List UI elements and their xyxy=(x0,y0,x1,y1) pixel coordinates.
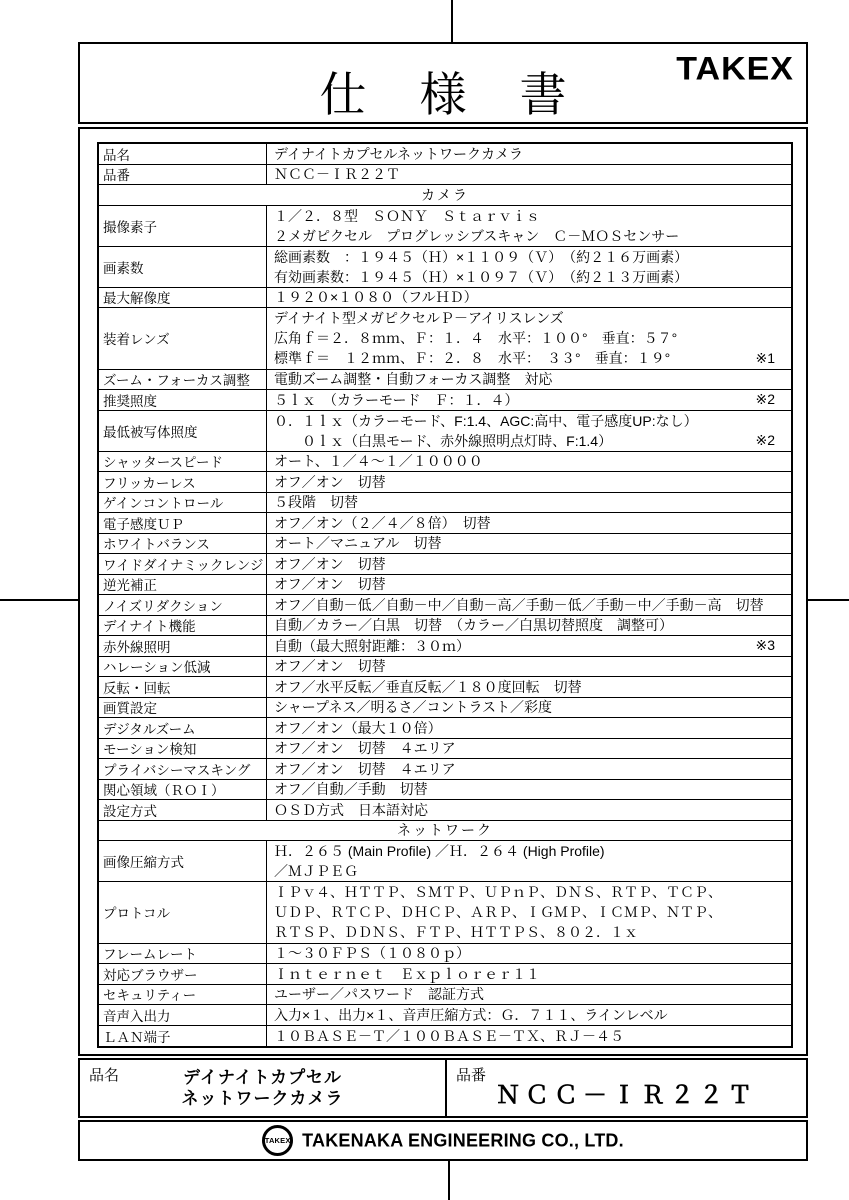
spec-value-text: デイナイト型メガピクセルＰ－アイリスレンズ xyxy=(274,308,564,328)
spec-value-text: 自動／カラー／白黒 切替 （カラー／白黒切替照度 調整可） xyxy=(274,616,673,636)
spec-value: ５段階 切替 xyxy=(267,493,791,513)
company-name: TAKENAKA ENGINEERING CO., LTD. xyxy=(302,1129,624,1151)
spec-value: オフ／オン 切替 xyxy=(267,657,791,677)
spec-row: デイナイト機能自動／カラー／白黒 切替 （カラー／白黒切替照度 調整可） xyxy=(99,616,791,637)
spec-label: セキュリティー xyxy=(99,985,267,1005)
spec-value-line: 総画素数 ：１９４５（Ｈ）×１１０９（Ｖ） （約２１６万画素） xyxy=(267,247,791,267)
spec-row: デジタルズームオフ／オン（最大１０倍） xyxy=(99,718,791,739)
spec-label: 逆光補正 xyxy=(99,575,267,595)
spec-value-line: オフ／自動－低／自動－中／自動－高／手動－低／手動－中／手動－高 切替 xyxy=(267,595,791,615)
spec-label: 音声入出力 xyxy=(99,1005,267,1025)
spec-value-line: 入力×１、出力×１、音声圧縮方式：Ｇ．７１１、ラインレベル xyxy=(267,1005,791,1025)
spec-row: ゲインコントロール５段階 切替 xyxy=(99,493,791,514)
spec-value: オフ／オン 切替 ４エリア xyxy=(267,759,791,779)
title-block: 仕 様 書 TAKEX xyxy=(78,42,808,124)
spec-value-text: ＵＤＰ、ＲＴＣＰ、ＤＨＣＰ、ＡＲＰ、ＩＧＭＰ、ＩＣＭＰ、ＮＴＰ、 xyxy=(274,902,722,922)
spec-value: オート／マニュアル 切替 xyxy=(267,534,791,554)
footer-product-name-line2: ネットワークカメラ xyxy=(80,1088,445,1109)
spec-value-text: 入力×１、出力×１、音声圧縮方式：Ｇ．７１１、ラインレベル xyxy=(274,1005,668,1025)
spec-value-line: ０ｌｘ（白黒モード、赤外線照明点灯時、F:1.4）※2 xyxy=(267,431,791,451)
spec-value: 自動（最大照射距離：３０ｍ）※3 xyxy=(267,636,791,656)
spec-value-line: オフ／オン 切替 xyxy=(267,472,791,492)
spec-row: ハレーション低減オフ／オン 切替 xyxy=(99,657,791,678)
spec-label: 装着レンズ xyxy=(99,308,267,369)
spec-value-line: ＵＤＰ、ＲＴＣＰ、ＤＨＣＰ、ＡＲＰ、ＩＧＭＰ、ＩＣＭＰ、ＮＴＰ、 xyxy=(267,902,791,922)
spec-value-line: ０．１ｌｘ（カラーモード、F:1.4、AGC:高中、電子感度UP:なし） xyxy=(267,411,791,431)
spec-value-text: １９２０×１０８０（フルＨＤ） xyxy=(274,288,478,308)
spec-row: 関心領域（ＲＯＩ）オフ／自動／手動 切替 xyxy=(99,780,791,801)
crop-mark-left xyxy=(0,599,78,601)
spec-value: Ｈ．２６５ (Main Profile) ／Ｈ．２６４ (High Profil… xyxy=(267,841,791,881)
spec-value: ＮＣＣ－ＩＲ２２Ｔ xyxy=(267,165,791,185)
spec-row: シャッタースピードオート、１／４～１／１００００ xyxy=(99,452,791,473)
spec-row: ズーム・フォーカス調整電動ズーム調整・自動フォーカス調整 対応 xyxy=(99,370,791,391)
spec-label: ズーム・フォーカス調整 xyxy=(99,370,267,390)
spec-value: オフ／オン 切替 ４エリア xyxy=(267,739,791,759)
spec-row: 設定方式ＯＳＤ方式 日本語対応 xyxy=(99,800,791,821)
spec-value-line: ＩＰｖ４、ＨＴＴＰ、ＳＭＴＰ、ＵＰｎＰ、ＤＮＳ、ＲＴＰ、ＴＣＰ、 xyxy=(267,882,791,902)
spec-row: ＬＡＮ端子１０ＢＡＳＥ－Ｔ／１００ＢＡＳＥ－ＴＸ、ＲＪ－４５ xyxy=(99,1026,791,1047)
spec-value-text: ＯＳＤ方式 日本語対応 xyxy=(274,800,428,820)
spec-label: 画像圧縮方式 xyxy=(99,841,267,881)
spec-value-text: ５ｌｘ （カラーモード Ｆ：１．４） xyxy=(274,390,518,410)
spec-value-line: 自動／カラー／白黒 切替 （カラー／白黒切替照度 調整可） xyxy=(267,616,791,636)
spec-label: モーション検知 xyxy=(99,739,267,759)
spec-label: シャッタースピード xyxy=(99,452,267,472)
spec-value-line: 自動（最大照射距離：３０ｍ）※3 xyxy=(267,636,791,656)
spec-label: 設定方式 xyxy=(99,800,267,820)
spec-value-text: オフ／水平反転／垂直反転／１８０度回転 切替 xyxy=(274,677,582,697)
spec-value-line: オフ／オン（２／４／８倍） 切替 xyxy=(267,513,791,533)
spec-row: フレームレート１～３０ＦＰＳ（１０８０ｐ） xyxy=(99,944,791,965)
spec-value-text: ５段階 切替 xyxy=(274,493,358,513)
spec-label: フレームレート xyxy=(99,944,267,964)
spec-row: 画質設定シャープネス／明るさ／コントラスト／彩度 xyxy=(99,698,791,719)
spec-sheet-body: 品名デイナイトカプセルネットワークカメラ品番ＮＣＣ－ＩＲ２２Ｔカメラ撮像素子１／… xyxy=(78,127,808,1056)
spec-label: 品名 xyxy=(99,144,267,164)
spec-label: ゲインコントロール xyxy=(99,493,267,513)
spec-value-line: ユーザー／パスワード 認証方式 xyxy=(267,985,791,1005)
spec-value-text: オフ／オン（２／４／８倍） 切替 xyxy=(274,513,491,533)
spec-value: オフ／自動－低／自動－中／自動－高／手動－低／手動－中／手動－高 切替 xyxy=(267,595,791,615)
company-band: TAKEX TAKENAKA ENGINEERING CO., LTD. xyxy=(78,1120,808,1161)
spec-value-text: オフ／オン 切替 xyxy=(274,657,386,677)
spec-value-text: デイナイトカプセルネットワークカメラ xyxy=(274,144,523,164)
spec-value-text: ユーザー／パスワード 認証方式 xyxy=(274,985,484,1005)
spec-value-text: オフ／自動／手動 切替 xyxy=(274,780,428,800)
spec-value-line: 広角ｆ＝２．８ｍｍ、Ｆ：１．４ 水平：１００° 垂直：５７° xyxy=(267,328,791,348)
spec-value-line: ５ｌｘ （カラーモード Ｆ：１．４）※2 xyxy=(267,390,791,410)
footer-product-name-cell: 品名 デイナイトカプセル ネットワークカメラ xyxy=(80,1060,447,1116)
spec-value-line: ５段階 切替 xyxy=(267,493,791,513)
footer-product-block: 品名 デイナイトカプセル ネットワークカメラ 品番 ＮＣＣ－ＩＲ２２Ｔ xyxy=(78,1058,808,1118)
spec-label: 撮像素子 xyxy=(99,206,267,246)
crop-mark-right xyxy=(808,599,849,601)
spec-label: ハレーション低減 xyxy=(99,657,267,677)
spec-footnote-mark: ※3 xyxy=(755,637,791,654)
spec-row: 撮像素子１／２．８型 ＳＯＮＹ Ｓｔａｒｖｉｓ２メガピクセル プログレッシブスキ… xyxy=(99,206,791,247)
spec-label: ワイドダイナミックレンジ xyxy=(99,554,267,574)
spec-value: １９２０×１０８０（フルＨＤ） xyxy=(267,288,791,308)
spec-value: Ｉｎｔｅｒｎｅｔ Ｅｘｐｌｏｒｅｒ１１ xyxy=(267,964,791,984)
spec-value-line: 標準ｆ＝ １２ｍｍ、Ｆ：２．８ 水平： ３３° 垂直：１９°※1 xyxy=(267,348,791,368)
spec-value-line: 電動ズーム調整・自動フォーカス調整 対応 xyxy=(267,370,791,390)
spec-value: １／２．８型 ＳＯＮＹ Ｓｔａｒｖｉｓ２メガピクセル プログレッシブスキャン Ｃ… xyxy=(267,206,791,246)
spec-section-header: ネットワーク xyxy=(99,821,791,842)
crop-mark-bottom xyxy=(448,1161,450,1200)
spec-row: セキュリティーユーザー／パスワード 認証方式 xyxy=(99,985,791,1006)
spec-value-text: Ｈ．２６５ (Main Profile) ／Ｈ．２６４ (High Profil… xyxy=(274,841,605,861)
spec-row: モーション検知オフ／オン 切替 ４エリア xyxy=(99,739,791,760)
spec-value-line: １９２０×１０８０（フルＨＤ） xyxy=(267,288,791,308)
spec-value-text: ＩＰｖ４、ＨＴＴＰ、ＳＭＴＰ、ＵＰｎＰ、ＤＮＳ、ＲＴＰ、ＴＣＰ、 xyxy=(274,882,722,902)
footer-product-number-cell: 品番 ＮＣＣ－ＩＲ２２Ｔ xyxy=(447,1060,806,1116)
spec-value-line: デイナイトカプセルネットワークカメラ xyxy=(267,144,791,164)
spec-value-text: １～３０ＦＰＳ（１０８０ｐ） xyxy=(274,944,470,964)
spec-row: プロトコルＩＰｖ４、ＨＴＴＰ、ＳＭＴＰ、ＵＰｎＰ、ＤＮＳ、ＲＴＰ、ＴＣＰ、ＵＤＰ… xyxy=(99,882,791,944)
spec-label: 対応ブラウザー xyxy=(99,964,267,984)
spec-value-text: オフ／オン 切替 xyxy=(274,472,386,492)
spec-row: 最大解像度１９２０×１０８０（フルＨＤ） xyxy=(99,288,791,309)
spec-value: ＯＳＤ方式 日本語対応 xyxy=(267,800,791,820)
footer-number-label: 品番 xyxy=(456,1064,486,1085)
spec-label: ＬＡＮ端子 xyxy=(99,1026,267,1047)
spec-footnote-mark: ※1 xyxy=(755,350,791,367)
spec-row: 逆光補正オフ／オン 切替 xyxy=(99,575,791,596)
spec-value: オフ／オン 切替 xyxy=(267,472,791,492)
spec-row: フリッカーレスオフ／オン 切替 xyxy=(99,472,791,493)
spec-value: オート、１／４～１／１００００ xyxy=(267,452,791,472)
spec-label: デジタルズーム xyxy=(99,718,267,738)
footer-product-number: ＮＣＣ－ＩＲ２２Ｔ xyxy=(447,1075,806,1110)
spec-row: ノイズリダクションオフ／自動－低／自動－中／自動－高／手動－低／手動－中／手動－… xyxy=(99,595,791,616)
spec-label: 関心領域（ＲＯＩ） xyxy=(99,780,267,800)
spec-value: オフ／オン 切替 xyxy=(267,575,791,595)
spec-value-text: ０．１ｌｘ（カラーモード、F:1.4、AGC:高中、電子感度UP:なし） xyxy=(274,411,698,431)
spec-value: 電動ズーム調整・自動フォーカス調整 対応 xyxy=(267,370,791,390)
spec-value-line: Ｉｎｔｅｒｎｅｔ Ｅｘｐｌｏｒｅｒ１１ xyxy=(267,964,791,984)
spec-value: 自動／カラー／白黒 切替 （カラー／白黒切替照度 調整可） xyxy=(267,616,791,636)
spec-value-text: オフ／オン 切替 ４エリア xyxy=(274,759,456,779)
spec-footnote-mark: ※2 xyxy=(755,432,791,449)
spec-value-text: ＮＣＣ－ＩＲ２２Ｔ xyxy=(274,165,400,185)
spec-label: 電子感度ＵＰ xyxy=(99,513,267,533)
spec-value-text: 自動（最大照射距離：３０ｍ） xyxy=(274,636,470,656)
spec-value-text: ＲＴＳＰ、ＤＤＮＳ、ＦＴＰ、ＨＴＴＰＳ、８０２．１ｘ xyxy=(274,922,638,942)
brand-logo: TAKEX xyxy=(676,51,794,88)
spec-label: プライバシーマスキング xyxy=(99,759,267,779)
spec-value: ０．１ｌｘ（カラーモード、F:1.4、AGC:高中、電子感度UP:なし） ０ｌｘ… xyxy=(267,411,791,451)
spec-value-text: 総画素数 ：１９４５（Ｈ）×１１０９（Ｖ） （約２１６万画素） xyxy=(274,247,688,267)
spec-row: 品名デイナイトカプセルネットワークカメラ xyxy=(99,144,791,165)
spec-value-text: Ｉｎｔｅｒｎｅｔ Ｅｘｐｌｏｒｅｒ１１ xyxy=(274,964,540,984)
spec-value-line: オフ／オン 切替 xyxy=(267,657,791,677)
spec-value-text: 広角ｆ＝２．８ｍｍ、Ｆ：１．４ 水平：１００° 垂直：５７° xyxy=(274,328,677,348)
spec-row: 最低被写体照度０．１ｌｘ（カラーモード、F:1.4、AGC:高中、電子感度UP:… xyxy=(99,411,791,452)
spec-value-line: オフ／オン 切替 xyxy=(267,575,791,595)
spec-value: ＩＰｖ４、ＨＴＴＰ、ＳＭＴＰ、ＵＰｎＰ、ＤＮＳ、ＲＴＰ、ＴＣＰ、ＵＤＰ、ＲＴＣＰ… xyxy=(267,882,791,943)
spec-value-line: ＲＴＳＰ、ＤＤＮＳ、ＦＴＰ、ＨＴＴＰＳ、８０２．１ｘ xyxy=(267,922,791,942)
spec-row: ホワイトバランスオート／マニュアル 切替 xyxy=(99,534,791,555)
spec-row: 装着レンズデイナイト型メガピクセルＰ－アイリスレンズ広角ｆ＝２．８ｍｍ、Ｆ：１．… xyxy=(99,308,791,370)
spec-value-line: Ｈ．２６５ (Main Profile) ／Ｈ．２６４ (High Profil… xyxy=(267,841,791,861)
spec-value-line: オフ／オン 切替 ４エリア xyxy=(267,759,791,779)
spec-value-line: シャープネス／明るさ／コントラスト／彩度 xyxy=(267,698,791,718)
crop-mark-top xyxy=(451,0,453,42)
spec-row: 対応ブラウザーＩｎｔｅｒｎｅｔ Ｅｘｐｌｏｒｅｒ１１ xyxy=(99,964,791,985)
spec-value-text: ２メガピクセル プログレッシブスキャン Ｃ－ＭＯＳセンサー xyxy=(274,226,679,246)
spec-value: デイナイトカプセルネットワークカメラ xyxy=(267,144,791,164)
spec-value-line: ２メガピクセル プログレッシブスキャン Ｃ－ＭＯＳセンサー xyxy=(267,226,791,246)
spec-row: 電子感度ＵＰオフ／オン（２／４／８倍） 切替 xyxy=(99,513,791,534)
spec-value-line: オフ／自動／手動 切替 xyxy=(267,780,791,800)
spec-value: デイナイト型メガピクセルＰ－アイリスレンズ広角ｆ＝２．８ｍｍ、Ｆ：１．４ 水平：… xyxy=(267,308,791,369)
spec-row: 音声入出力入力×１、出力×１、音声圧縮方式：Ｇ．７１１、ラインレベル xyxy=(99,1005,791,1026)
spec-value-line: デイナイト型メガピクセルＰ－アイリスレンズ xyxy=(267,308,791,328)
spec-sheet-page: { "document": { "title": "仕 様 書", "brand… xyxy=(0,0,849,1200)
spec-value: オフ／自動／手動 切替 xyxy=(267,780,791,800)
spec-row: 反転・回転オフ／水平反転／垂直反転／１８０度回転 切替 xyxy=(99,677,791,698)
spec-value-line: オフ／オン（最大１０倍） xyxy=(267,718,791,738)
spec-value-line: １／２．８型 ＳＯＮＹ Ｓｔａｒｖｉｓ xyxy=(267,206,791,226)
spec-label: 推奨照度 xyxy=(99,390,267,410)
footer-name-label: 品名 xyxy=(89,1064,119,1085)
spec-value: オフ／水平反転／垂直反転／１８０度回転 切替 xyxy=(267,677,791,697)
spec-label: 画質設定 xyxy=(99,698,267,718)
spec-label: 品番 xyxy=(99,165,267,185)
spec-footnote-mark: ※2 xyxy=(755,391,791,408)
spec-label: ホワイトバランス xyxy=(99,534,267,554)
spec-value-text: 電動ズーム調整・自動フォーカス調整 対応 xyxy=(274,370,552,390)
spec-value: ユーザー／パスワード 認証方式 xyxy=(267,985,791,1005)
spec-value: オフ／オン（最大１０倍） xyxy=(267,718,791,738)
spec-label: 画素数 xyxy=(99,247,267,287)
spec-value-line: ＮＣＣ－ＩＲ２２Ｔ xyxy=(267,165,791,185)
spec-value-text: 標準ｆ＝ １２ｍｍ、Ｆ：２．８ 水平： ３３° 垂直：１９° xyxy=(274,348,670,368)
spec-value-text: オフ／自動－低／自動－中／自動－高／手動－低／手動－中／手動－高 切替 xyxy=(274,595,764,615)
spec-value-text: シャープネス／明るさ／コントラスト／彩度 xyxy=(274,698,552,718)
spec-value-text: オフ／オン 切替 ４エリア xyxy=(274,739,456,759)
spec-value: ５ｌｘ （カラーモード Ｆ：１．４）※2 xyxy=(267,390,791,410)
spec-value-line: オフ／水平反転／垂直反転／１８０度回転 切替 xyxy=(267,677,791,697)
spec-label: 最低被写体照度 xyxy=(99,411,267,451)
spec-label: フリッカーレス xyxy=(99,472,267,492)
spec-section-header: カメラ xyxy=(99,185,791,206)
footer-product-name-line1: デイナイトカプセル xyxy=(80,1067,445,1088)
spec-value: １～３０ＦＰＳ（１０８０ｐ） xyxy=(267,944,791,964)
footer-product-name: デイナイトカプセル ネットワークカメラ xyxy=(80,1067,445,1109)
spec-value-line: １０ＢＡＳＥ－Ｔ／１００ＢＡＳＥ－ＴＸ、ＲＪ－４５ xyxy=(267,1026,791,1047)
spec-label: ノイズリダクション xyxy=(99,595,267,615)
spec-value: 入力×１、出力×１、音声圧縮方式：Ｇ．７１１、ラインレベル xyxy=(267,1005,791,1025)
spec-value-text: オート／マニュアル 切替 xyxy=(274,534,441,554)
spec-value-text: オート、１／４～１／１００００ xyxy=(274,452,483,472)
spec-value-line: 有効画素数：１９４５（Ｈ）×１０９７（Ｖ） （約２１３万画素） xyxy=(267,267,791,287)
spec-label: 最大解像度 xyxy=(99,288,267,308)
spec-value-text: オフ／オン 切替 xyxy=(274,554,386,574)
spec-row: ワイドダイナミックレンジオフ／オン 切替 xyxy=(99,554,791,575)
spec-value: １０ＢＡＳＥ－Ｔ／１００ＢＡＳＥ－ＴＸ、ＲＪ－４５ xyxy=(267,1026,791,1047)
spec-value-text: ０ｌｘ（白黒モード、赤外線照明点灯時、F:1.4） xyxy=(274,431,612,451)
spec-value-text: オフ／オン 切替 xyxy=(274,575,386,595)
spec-value-line: オフ／オン 切替 xyxy=(267,554,791,574)
spec-value-text: 有効画素数：１９４５（Ｈ）×１０９７（Ｖ） （約２１３万画素） xyxy=(274,267,688,287)
spec-label: 赤外線照明 xyxy=(99,636,267,656)
spec-value-text: ／ＭＪＰＥＧ xyxy=(274,861,358,881)
spec-value-line: オート、１／４～１／１００００ xyxy=(267,452,791,472)
spec-row: 赤外線照明自動（最大照射距離：３０ｍ）※3 xyxy=(99,636,791,657)
spec-value-line: オフ／オン 切替 ４エリア xyxy=(267,739,791,759)
spec-value: シャープネス／明るさ／コントラスト／彩度 xyxy=(267,698,791,718)
spec-value: 総画素数 ：１９４５（Ｈ）×１１０９（Ｖ） （約２１６万画素）有効画素数：１９４… xyxy=(267,247,791,287)
spec-value-line: ／ＭＪＰＥＧ xyxy=(267,861,791,881)
spec-row: 推奨照度５ｌｘ （カラーモード Ｆ：１．４）※2 xyxy=(99,390,791,411)
spec-label: プロトコル xyxy=(99,882,267,943)
spec-row: 品番ＮＣＣ－ＩＲ２２Ｔ xyxy=(99,165,791,186)
spec-value-line: １～３０ＦＰＳ（１０８０ｐ） xyxy=(267,944,791,964)
spec-row: プライバシーマスキングオフ／オン 切替 ４エリア xyxy=(99,759,791,780)
spec-value-text: １０ＢＡＳＥ－Ｔ／１００ＢＡＳＥ－ＴＸ、ＲＪ－４５ xyxy=(274,1026,624,1046)
spec-table: 品名デイナイトカプセルネットワークカメラ品番ＮＣＣ－ＩＲ２２Ｔカメラ撮像素子１／… xyxy=(97,142,793,1048)
spec-value-line: オート／マニュアル 切替 xyxy=(267,534,791,554)
spec-value: オフ／オン 切替 xyxy=(267,554,791,574)
spec-label: デイナイト機能 xyxy=(99,616,267,636)
spec-value-text: オフ／オン（最大１０倍） xyxy=(274,718,442,738)
takex-badge-icon: TAKEX xyxy=(262,1125,293,1156)
spec-label: 反転・回転 xyxy=(99,677,267,697)
spec-row: 画像圧縮方式Ｈ．２６５ (Main Profile) ／Ｈ．２６４ (High … xyxy=(99,841,791,882)
spec-value-line: ＯＳＤ方式 日本語対応 xyxy=(267,800,791,820)
spec-row: 画素数総画素数 ：１９４５（Ｈ）×１１０９（Ｖ） （約２１６万画素）有効画素数：… xyxy=(99,247,791,288)
spec-value-text: １／２．８型 ＳＯＮＹ Ｓｔａｒｖｉｓ xyxy=(274,206,540,226)
spec-value: オフ／オン（２／４／８倍） 切替 xyxy=(267,513,791,533)
